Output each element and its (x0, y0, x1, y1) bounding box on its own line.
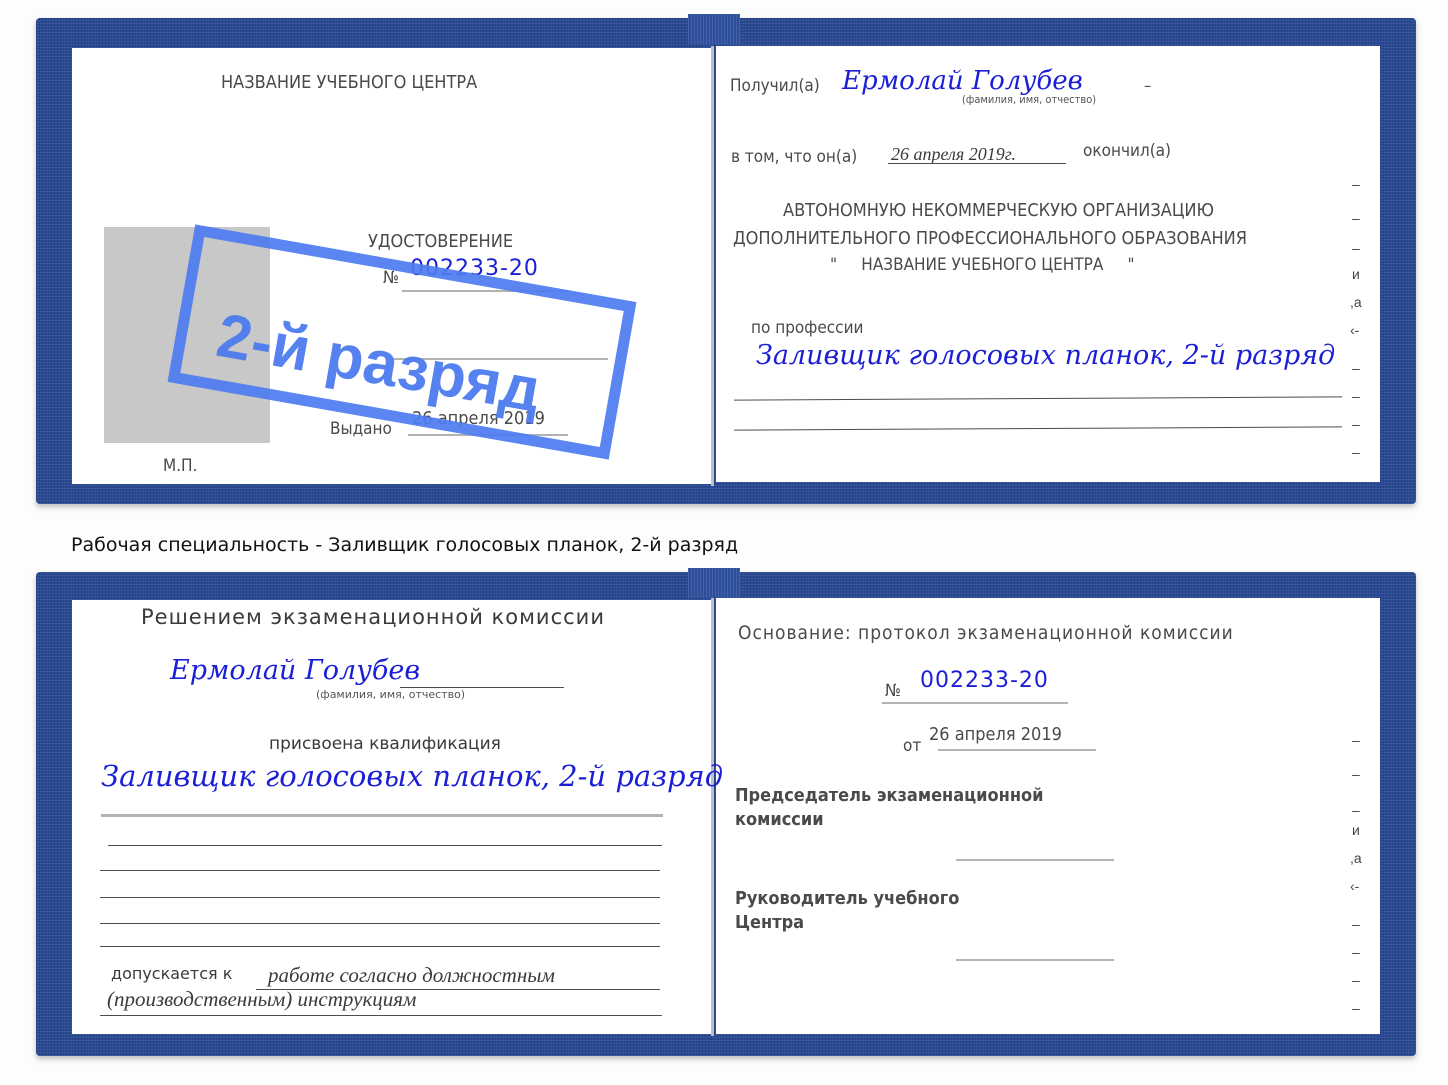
bottom-spine-clip (688, 568, 740, 598)
admitted-label: допускается к (111, 964, 232, 983)
org-line-1: АВТОНОМНУЮ НЕКОММЕРЧЕСКУЮ ОРГАНИЗАЦИЮ (783, 200, 1214, 221)
dash-after-name: – (1144, 76, 1151, 95)
blank-line-1 (108, 845, 662, 846)
person-fio-caption: (фамилия, имя, отчество) (316, 688, 465, 701)
recipient-fio-caption: (фамилия, имя, отчество) (962, 93, 1096, 106)
in-that-label: в том, что он(а) (731, 147, 857, 167)
chairman-signature-line (956, 859, 1114, 861)
qualification-value: Заливщик голосовых планок, 2-й разряд (101, 759, 723, 793)
center-name: НАЗВАНИЕ УЧЕБНОГО ЦЕНТРА (221, 72, 477, 93)
decision-label: Решением экзаменационной комиссии (141, 605, 605, 629)
from-label: от (903, 736, 921, 756)
bottom-spine (711, 598, 714, 1036)
admitted-underline-2 (100, 1015, 662, 1016)
org-line-3: " НАЗВАНИЕ УЧЕБНОГО ЦЕНТРА " (830, 255, 1135, 275)
blank-line-3 (100, 897, 660, 898)
admitted-line-1: работе согласно должностным (268, 963, 555, 988)
protocol-date: 26 апреля 2019 (929, 724, 1062, 745)
profession-value: Заливщик голосовых планок, 2-й разряд (756, 340, 1335, 371)
head-label-1: Руководитель учебного (735, 888, 959, 909)
person-name: Ермолай Голубев (170, 655, 420, 686)
issued-label: Выдано (330, 419, 392, 439)
protocol-number: 002233-20 (920, 668, 1049, 693)
qualification-label: присвоена квалификация (269, 734, 501, 754)
doc-title: УДОСТОВЕРЕНИЕ (368, 231, 513, 252)
head-signature-line (956, 959, 1114, 961)
protocol-number-label: № (885, 681, 901, 701)
head-label-2: Центра (735, 912, 804, 933)
protocol-number-underline (882, 702, 1068, 704)
completed-label: окончил(а) (1083, 141, 1171, 161)
profession-label: по профессии (751, 318, 863, 338)
blank-line-5 (100, 946, 660, 947)
recipient-name: Ермолай Голубев (842, 66, 1083, 96)
completion-date-underline (888, 163, 1066, 164)
specialty-caption: Рабочая специальность - Заливщик голосов… (71, 534, 738, 556)
basis-label: Основание: протокол экзаменационной коми… (738, 622, 1234, 644)
qualification-underline (101, 814, 663, 817)
protocol-date-underline (938, 749, 1096, 751)
received-label: Получил(а) (730, 76, 820, 96)
seal-label: М.П. (163, 456, 197, 476)
blank-line-4 (100, 923, 660, 924)
chairman-label-1: Председатель экзаменационной (735, 785, 1044, 806)
top-spine-clip (688, 14, 740, 44)
org-line-2: ДОПОЛНИТЕЛЬНОГО ПРОФЕССИОНАЛЬНОГО ОБРАЗО… (733, 228, 1247, 249)
completion-date: 26 апреля 2019г. (891, 144, 1016, 165)
chairman-label-2: комиссии (735, 809, 824, 830)
blank-line-2 (100, 870, 660, 871)
admitted-line-2: (производственным) инструкциям (107, 987, 416, 1012)
top-spine (711, 46, 714, 486)
